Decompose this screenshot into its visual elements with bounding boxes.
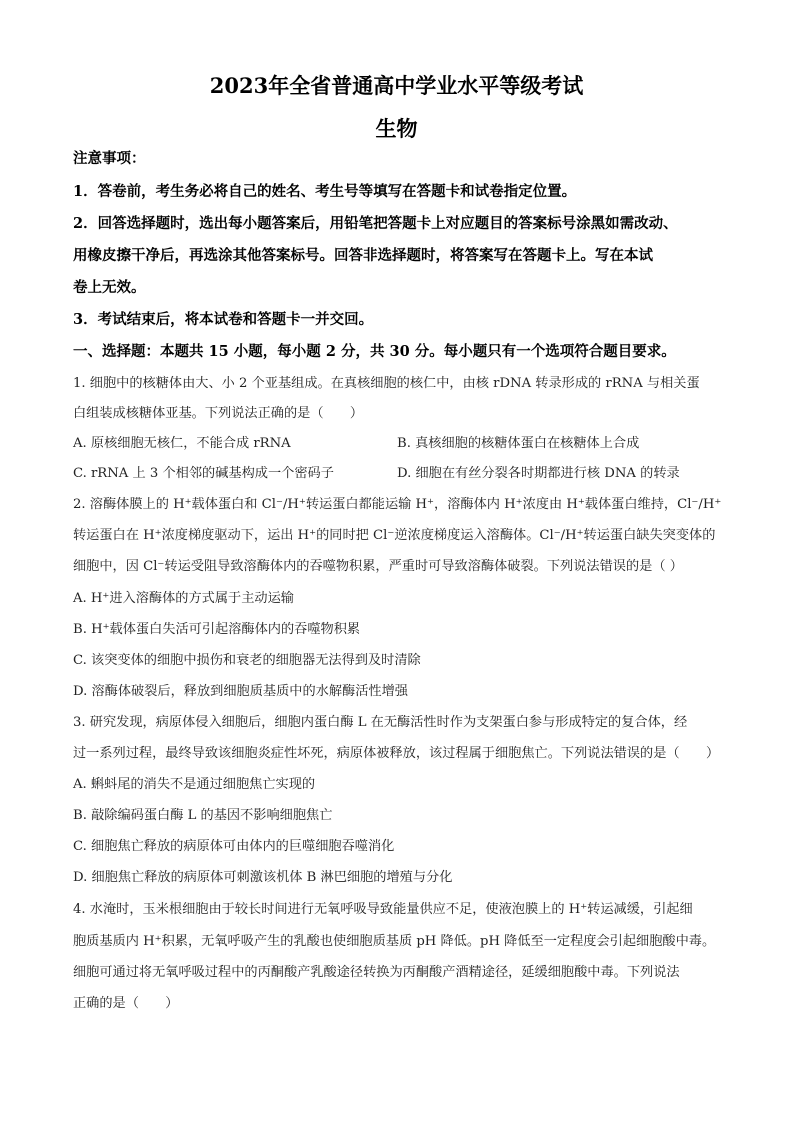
question-2-option-c: C. 该突变体的细胞中损伤和衰老的细胞器无法得到及时清除 [73,652,733,670]
question-3-option-a: A. 蝌蚪尾的消失不是通过细胞焦亡实现的 [73,776,733,794]
question-1-option-row-2: C. rRNA 上 3 个相邻的碱基构成一个密码子 D. 细胞在有丝分裂各时期都… [73,465,733,483]
question-1-option-b: B. 真核细胞的核糖体蛋白在核糖体上合成 [397,435,639,453]
question-3-option-c: C. 细胞焦亡释放的病原体可由体内的巨噬细胞吞噬消化 [73,838,733,856]
question-1-option-a: A. 原核细胞无核仁，不能合成 rRNA [73,436,291,451]
question-2-option-d: D. 溶酶体破裂后，释放到细胞质基质中的水解酶活性增强 [73,683,733,701]
question-4-stem-line-3: 细胞可通过将无氧呼吸过程中的丙酮酸产乳酸途径转换为丙酮酸产酒精途径，延缓细胞酸中… [73,964,733,982]
question-2-option-a: A. H⁺进入溶酶体的方式属于主动运输 [73,590,733,608]
question-1-option-d: D. 细胞在有丝分裂各时期都进行核 DNA 的转录 [397,465,680,483]
notice-heading: 注意事项： [73,150,733,168]
notice-item-2-line-3: 卷上无效。 [73,279,733,297]
question-4-stem-line-4: 正确的是（ ） [73,995,733,1013]
section-heading: 一、选择题：本题共 15 小题，每小题 2 分，共 30 分。每小题只有一个选项… [73,343,733,361]
question-1-stem-line-1: 1. 细胞中的核糖体由大、小 2 个亚基组成。在真核细胞的核仁中，由核 rDNA… [73,375,733,393]
question-1-option-c: C. rRNA 上 3 个相邻的碱基构成一个密码子 [73,466,334,481]
question-3-stem-line-1: 3. 研究发现，病原体侵入细胞后，细胞内蛋白酶 L 在无酶活性时作为支架蛋白参与… [73,714,733,732]
question-1-stem-line-2: 白组装成核糖体亚基。下列说法正确的是（ ） [73,405,733,423]
notice-item-2-line-2: 用橡皮擦干净后，再选涂其他答案标号。回答非选择题时，将答案写在答题卡上。写在本试 [73,247,733,265]
exam-title: 2023年全省普通高中学业水平等级考试 [0,70,793,100]
question-2-stem-line-1: 2. 溶酶体膜上的 H⁺载体蛋白和 Cl⁻/H⁺转运蛋白都能运输 H⁺，溶酶体内… [73,496,733,514]
question-3-option-b: B. 敲除编码蛋白酶 L 的基因不影响细胞焦亡 [73,807,733,825]
question-4-stem-line-1: 4. 水淹时，玉米根细胞由于较长时间进行无氧呼吸导致能量供应不足，使液泡膜上的 … [73,901,733,919]
notice-item-1: 1．答卷前，考生务必将自己的姓名、考生号等填写在答题卡和试卷指定位置。 [73,183,733,201]
question-3-option-d: D. 细胞焦亡释放的病原体可刺激该机体 B 淋巴细胞的增殖与分化 [73,869,733,887]
question-1-option-row-1: A. 原核细胞无核仁，不能合成 rRNA B. 真核细胞的核糖体蛋白在核糖体上合… [73,435,733,453]
notice-item-2-line-1: 2．回答选择题时，选出每小题答案后，用铅笔把答题卡上对应题目的答案标号涂黑如需改… [73,215,733,233]
question-3-stem-line-2: 过一系列过程，最终导致该细胞炎症性坏死，病原体被释放，该过程属于细胞焦亡。下列说… [73,745,733,763]
exam-subject: 生物 [0,113,793,143]
question-2-stem-line-2: 转运蛋白在 H⁺浓度梯度驱动下，运出 H⁺的同时把 Cl⁻逆浓度梯度运入溶酶体。… [73,527,733,545]
question-4-stem-line-2: 胞质基质内 H⁺积累，无氧呼吸产生的乳酸也使细胞质基质 pH 降低。pH 降低至… [73,933,733,951]
question-2-stem-line-3: 细胞中，因 Cl⁻转运受阻导致溶酶体内的吞噬物积累，严重时可导致溶酶体破裂。下列… [73,558,733,576]
notice-item-3: 3．考试结束后，将本试卷和答题卡一并交回。 [73,311,733,329]
exam-page: 2023年全省普通高中学业水平等级考试 生物 注意事项： 1．答卷前，考生务必将… [0,0,793,1122]
question-2-option-b: B. H⁺载体蛋白失活可引起溶酶体内的吞噬物积累 [73,621,733,639]
